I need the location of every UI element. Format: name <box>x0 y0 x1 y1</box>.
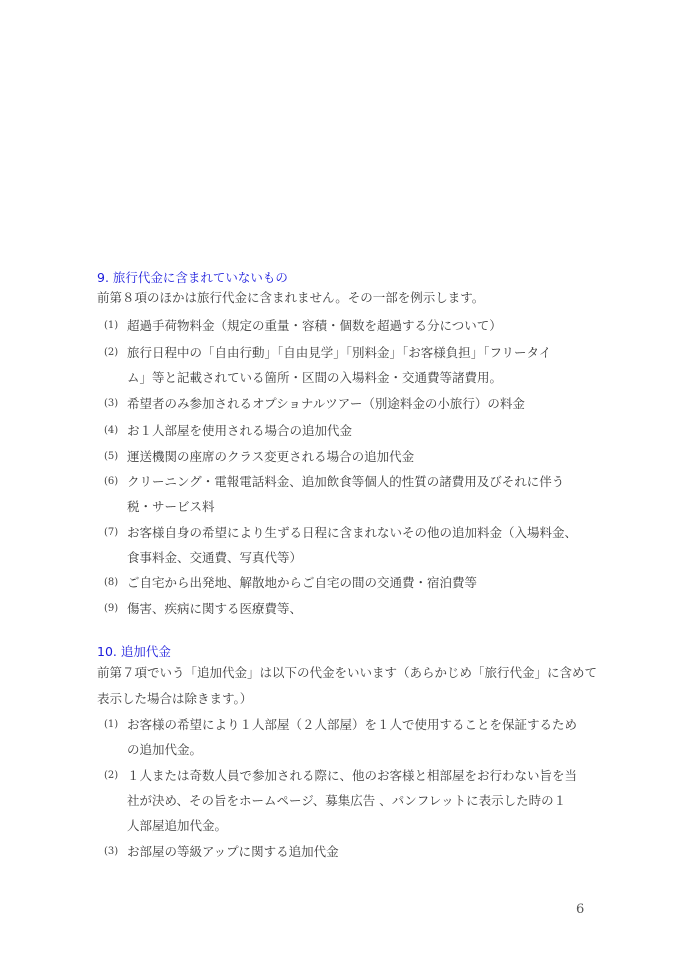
section-9-heading: 9. 旅行代金に含まれていないもの <box>97 268 288 286</box>
item-number: (1) <box>104 313 118 338</box>
item-number: (5) <box>104 444 118 469</box>
item-number: (1) <box>104 712 118 737</box>
list-item: (6) クリーニング・電報電話料金、追加飲食等個人的性質の諸費用及びそれに伴う … <box>104 469 584 519</box>
list-item: (4) お１人部屋を使用される場合の追加代金 <box>104 418 584 443</box>
item-number: (6) <box>104 469 118 494</box>
item-text: １人または奇数人員で参加される際に、他のお客様と相部屋をお行わない旨を当 社が決… <box>127 763 584 838</box>
list-item: (7) お客様自身の希望により生ずる日程に含まれないその他の追加料金（入場料金、… <box>104 520 584 570</box>
item-number: (9) <box>104 596 118 621</box>
item-number: (2) <box>104 340 118 365</box>
item-text: 傷害、疾病に関する医療費等、 <box>127 596 584 621</box>
list-item: (8) ご自宅から出発地、解散地からご自宅の間の交通費・宿泊費等 <box>104 570 584 595</box>
list-item: (5) 運送機関の座席のクラス変更される場合の追加代金 <box>104 444 584 469</box>
item-text: 超過手荷物料金（規定の重量・容積・個数を超過する分について） <box>127 313 584 338</box>
item-number: (3) <box>104 839 118 864</box>
item-number: (3) <box>104 391 118 416</box>
item-text: お客様自身の希望により生ずる日程に含まれないその他の追加料金（入場料金、 食事料… <box>127 520 584 570</box>
item-text: クリーニング・電報電話料金、追加飲食等個人的性質の諸費用及びそれに伴う 税・サー… <box>127 469 584 519</box>
list-item: (1) お客様の希望により１人部屋（２人部屋）を１人で使用することを保証するため… <box>104 712 584 762</box>
item-text: ご自宅から出発地、解散地からご自宅の間の交通費・宿泊費等 <box>127 570 584 595</box>
item-text: お部屋の等級アップに関する追加代金 <box>127 839 584 864</box>
section-10-intro-line-2: 表示した場合は除きます。） <box>97 686 587 711</box>
list-item: (1) 超過手荷物料金（規定の重量・容積・個数を超過する分について） <box>104 313 584 338</box>
item-text: 希望者のみ参加されるオプショナルツアー（別途料金の小旅行）の料金 <box>127 391 584 416</box>
item-number: (7) <box>104 520 118 545</box>
list-item: (9) 傷害、疾病に関する医療費等、 <box>104 596 584 621</box>
page-number: 6 <box>576 902 584 917</box>
item-text: 運送機関の座席のクラス変更される場合の追加代金 <box>127 444 584 469</box>
list-item: (2) １人または奇数人員で参加される際に、他のお客様と相部屋をお行わない旨を当… <box>104 763 584 838</box>
section-10-intro-line-1: 前第７項でいう「追加代金」は以下の代金をいいます（あらかじめ「旅行代金」に含めて <box>97 660 587 685</box>
item-text: お１人部屋を使用される場合の追加代金 <box>127 418 584 443</box>
item-text: お客様の希望により１人部屋（２人部屋）を１人で使用することを保証するため の追加… <box>127 712 584 762</box>
item-number: (4) <box>104 418 118 443</box>
list-item: (3) 希望者のみ参加されるオプショナルツアー（別途料金の小旅行）の料金 <box>104 391 584 416</box>
document-page: 9. 旅行代金に含まれていないもの 前第８項のほかは旅行代金に含まれません。その… <box>0 0 680 962</box>
section-10-heading: 10. 追加代金 <box>97 642 171 660</box>
item-text: 旅行日程中の「自由行動」「自由見学」「別料金」「お客様負担」「フリータイ ム」等… <box>127 340 584 390</box>
item-number: (2) <box>104 763 118 788</box>
list-item: (3) お部屋の等級アップに関する追加代金 <box>104 839 584 864</box>
section-9-intro: 前第８項のほかは旅行代金に含まれません。その一部を例示します。 <box>97 285 587 310</box>
list-item: (2) 旅行日程中の「自由行動」「自由見学」「別料金」「お客様負担」「フリータイ… <box>104 340 584 390</box>
item-number: (8) <box>104 570 118 595</box>
